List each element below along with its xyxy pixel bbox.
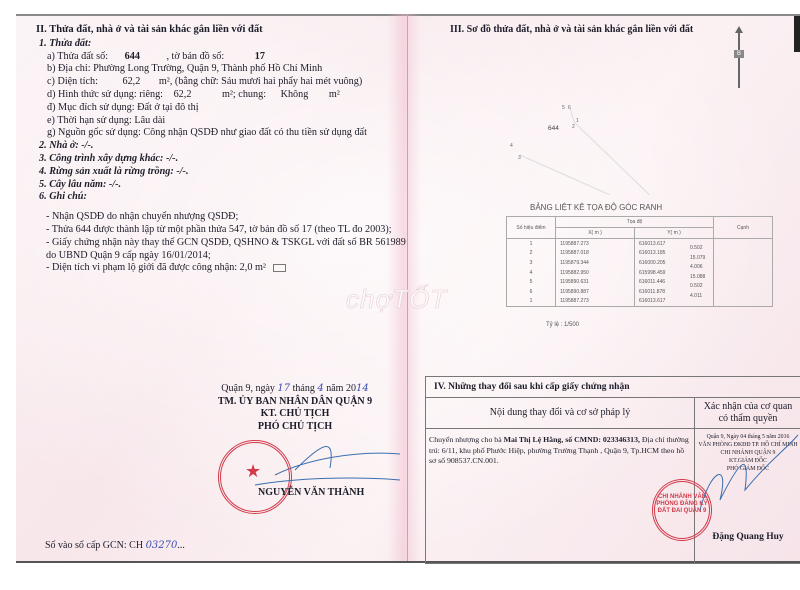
table-cell: 1 xyxy=(507,239,556,249)
point-label: 5 xyxy=(562,105,565,111)
usage-unit: m² xyxy=(329,89,340,100)
edge-length: 0.502 xyxy=(690,244,705,254)
for-chair: KT. CHỦ TỊCH xyxy=(190,408,400,421)
section-4-title: IV. Những thay đổi sau khi cấp giấy chứn… xyxy=(426,377,800,398)
header-coords: Tọa độ xyxy=(556,217,714,228)
issuance-date: Quận 9, ngày 17 tháng 4 năm 2014 xyxy=(190,383,400,396)
house-row: 2. Nhà ở: -/-. xyxy=(39,140,386,153)
table-cell: 1195887.273 xyxy=(556,297,635,307)
usage-shared: Không xyxy=(281,89,309,100)
confirmation-header-line2: có thẩm quyền xyxy=(695,413,800,425)
point-label: 3 xyxy=(518,155,521,161)
edge-length: 4.011 xyxy=(690,292,705,302)
area-row: c) Diện tích: 62,2 m², (bằng chữ: Sáu mư… xyxy=(47,76,386,89)
address-label: b) Địa chỉ: xyxy=(47,63,91,74)
point-label: 1 xyxy=(576,118,579,124)
header-point: Số hiệu điểm xyxy=(507,217,556,239)
small-stamp-icon xyxy=(273,264,286,272)
section-4-header: Nội dung thay đổi và cơ sở pháp lý Xác n… xyxy=(426,398,800,429)
issue-year: 14 xyxy=(356,383,369,394)
confirmation-header-line1: Xác nhận của cơ quan xyxy=(695,401,800,413)
point-label: 2 xyxy=(572,124,575,130)
table-row: 11195887.273616013.617 xyxy=(507,297,773,307)
table-cell xyxy=(714,249,773,259)
notes-heading: 6. Ghi chú: xyxy=(39,191,386,204)
note-item: - Thửa 644 được thành lập từ một phần th… xyxy=(46,224,386,237)
area-words: m², (bằng chữ: Sáu mươi hai phẩy hai mét… xyxy=(159,76,362,87)
signer-name: NGUYỄN VĂN THÀNH xyxy=(258,487,364,498)
map-sheet-number: 17 xyxy=(255,51,265,62)
table-cell: 1195890.887 xyxy=(556,287,635,297)
signature-scribble xyxy=(235,420,405,490)
header-edge: Cạnh xyxy=(714,217,773,239)
table-cell: 5 xyxy=(507,277,556,287)
table-cell: 2 xyxy=(507,249,556,259)
usage-private: 62,2 xyxy=(174,89,192,100)
table-row: 61195890.887616011.878 xyxy=(507,287,773,297)
change-content-header: Nội dung thay đổi và cơ sở pháp lý xyxy=(426,398,695,428)
table-row: 51195890.631616011.446 xyxy=(507,277,773,287)
change-prefix: Chuyển nhượng cho bà xyxy=(429,435,502,444)
table-cell xyxy=(714,258,773,268)
usage-form-label: d) Hình thức sử dụng: riêng: xyxy=(47,89,163,100)
parcel-sketch: 5 6 1 2 4 3 644 xyxy=(490,95,650,195)
table-cell: 3 xyxy=(507,258,556,268)
note-item: - Giấy chứng nhận này thay thế GCN QSDĐ,… xyxy=(46,237,386,250)
table-row: 31195879.344616000.205 xyxy=(507,258,773,268)
header-x: X( m ) xyxy=(556,228,635,239)
note-item: - Nhận QSDĐ do nhận chuyển nhượng QSDĐ; xyxy=(46,211,386,224)
table-cell: 1195887.273 xyxy=(556,239,635,249)
north-label: B xyxy=(734,50,744,58)
forest-row: 4. Rừng sản xuất là rừng trồng: -/-. xyxy=(39,166,386,179)
table-cell: 1195879.344 xyxy=(556,258,635,268)
issuing-authority: TM. ỦY BAN NHÂN DÂN QUẬN 9 xyxy=(190,396,400,409)
year-label: năm 20 xyxy=(326,383,356,394)
table-row: 21195887.018616013.185 xyxy=(507,249,773,259)
north-arrow-icon: B xyxy=(738,32,740,88)
land-heading: 1. Thửa đất: xyxy=(39,38,386,51)
origin-row: g) Nguồn gốc sử dụng: Công nhận QSDĐ như… xyxy=(47,127,386,140)
purpose-row: đ) Mục đích sử dụng: Đất ở tại đô thị xyxy=(47,102,386,115)
parcel-number-label: 644 xyxy=(548,125,559,132)
edge-length: 0.502 xyxy=(690,282,705,292)
parcel-number: 644 xyxy=(125,51,140,62)
chotot-watermark: chợTỐT xyxy=(346,284,447,315)
confirmation-header: Xác nhận của cơ quan có thẩm quyền xyxy=(695,398,800,428)
term-row: e) Thời hạn sử dụng: Lâu dài xyxy=(47,115,386,128)
parcel-row: a) Thửa đất số: 644 , tờ bản đồ số: 17 xyxy=(47,51,386,64)
table-cell: 1195890.631 xyxy=(556,277,635,287)
point-label: 6 xyxy=(568,105,571,111)
page-edge xyxy=(794,16,800,52)
date-prefix: Quận 9, ngày xyxy=(221,383,275,394)
edge-lengths: 0.50215.0794.00615.0880.5024.011 xyxy=(690,244,705,302)
section-2: II. Thửa đất, nhà ở và tài sản khác gắn … xyxy=(36,24,386,275)
point-label: 4 xyxy=(510,143,513,149)
table-cell xyxy=(714,268,773,278)
reg-suffix: ... xyxy=(177,540,185,551)
header-y: Y( m ) xyxy=(635,228,714,239)
edge-length: 4.006 xyxy=(690,263,705,273)
issue-day: 17 xyxy=(277,383,290,394)
note-item: do UBND Quận 9 cấp ngày 16/01/2014; xyxy=(46,250,386,263)
edge-length: 15.079 xyxy=(690,254,705,264)
registration-number: Số vào sổ cấp GCN: CH 03270... xyxy=(45,540,185,551)
table-cell: 6 xyxy=(507,287,556,297)
map-scale: Tỷ lệ : 1/500 xyxy=(546,322,579,328)
reg-label: Số vào sổ cấp GCN: CH xyxy=(45,540,143,551)
table-row: 11195887.273616013.617 xyxy=(507,239,773,249)
usage-shared-label: m²; chung: xyxy=(222,89,266,100)
confirmation-signer: Đặng Quang Huy xyxy=(695,533,800,541)
reg-number-value: 03270 xyxy=(146,540,178,551)
table-cell xyxy=(714,277,773,287)
section-3: III. Sơ đồ thửa đất, nhà ở và tài sản kh… xyxy=(450,24,693,35)
transferee: Mai Thị Lệ Hằng, số CMND: 023346313, xyxy=(504,435,640,444)
table-cell: 1 xyxy=(507,297,556,307)
table-cell xyxy=(714,239,773,249)
map-sheet-label: , tờ bản đồ số: xyxy=(166,51,224,62)
coordinate-table-title: BẢNG LIỆT KÊ TỌA ĐỘ GÓC RANH xyxy=(530,203,662,212)
table-cell: 1195887.018 xyxy=(556,249,635,259)
confirmation-signature xyxy=(690,430,800,520)
address-row: b) Địa chỉ: Phường Long Trường, Quận 9, … xyxy=(47,63,386,76)
address-value: Phường Long Trường, Quận 9, Thành phố Hồ… xyxy=(93,63,322,74)
edge-length: 15.088 xyxy=(690,273,705,283)
month-label: tháng xyxy=(293,383,315,394)
usage-form-row: d) Hình thức sử dụng: riêng: 62,2 m²; ch… xyxy=(47,89,386,102)
perennial-row: 5. Cây lâu năm: -/-. xyxy=(39,179,386,192)
coordinate-table: Số hiệu điểm Tọa độ Cạnh X( m ) Y( m ) 1… xyxy=(506,216,773,307)
note-item: - Diện tích vi phạm lộ giới đã được công… xyxy=(46,262,386,275)
table-cell: 4 xyxy=(507,268,556,278)
parcel-label: a) Thửa đất số: xyxy=(47,51,108,62)
section-2-title: II. Thửa đất, nhà ở và tài sản khác gắn … xyxy=(36,24,386,37)
area-value: 62,2 xyxy=(122,76,140,87)
table-cell xyxy=(714,297,773,307)
issue-month: 4 xyxy=(317,383,323,394)
area-label: c) Diện tích: xyxy=(47,76,98,87)
table-cell: 1195882.950 xyxy=(556,268,635,278)
other-construction-row: 3. Công trình xây dựng khác: -/-. xyxy=(39,153,386,166)
table-cell xyxy=(714,287,773,297)
section-3-title: III. Sơ đồ thửa đất, nhà ở và tài sản kh… xyxy=(450,24,693,35)
table-row: 41195882.950615998.459 xyxy=(507,268,773,278)
note-text: - Diện tích vi phạm lộ giới đã được công… xyxy=(46,262,266,273)
